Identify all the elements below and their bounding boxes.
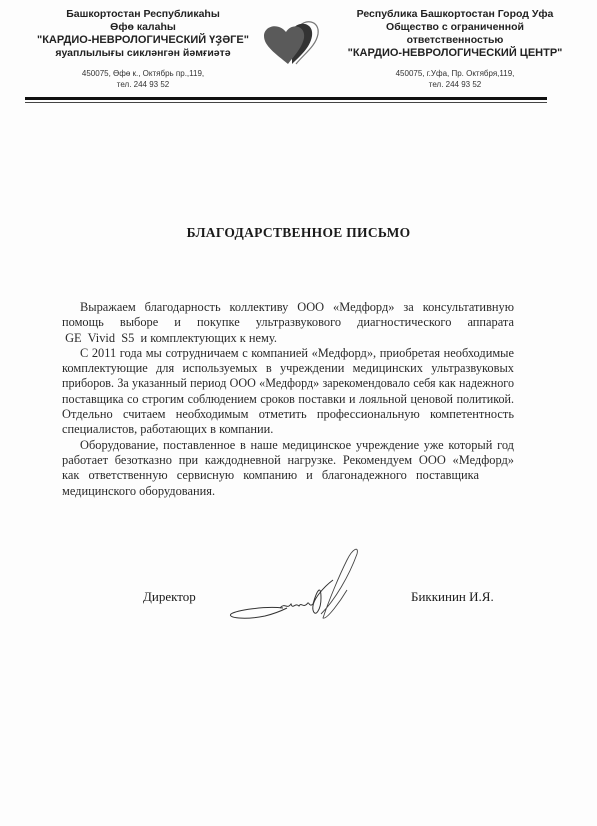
letterhead-divider-thick (25, 97, 547, 100)
letterhead-left-line: Өфө калаһы (18, 21, 268, 34)
letterhead-left: Башкортостан Республикаһы Өфө калаһы "КА… (18, 8, 268, 90)
paragraph-line: специалистов, работающих в компании. (62, 422, 514, 437)
paragraph-line: Выражаем благодарность коллективу ООО «М… (62, 300, 514, 315)
letterhead-right-phone: тел. 244 93 52 (325, 79, 585, 90)
paragraph-line: поставщика со строгим соблюдением сроков… (62, 392, 514, 407)
letterhead-right: Республика Башкортостан Город Уфа Общест… (325, 8, 585, 90)
paragraph-line: GE Vivid S5 и комплектующих к нему. (62, 331, 514, 346)
letterhead-right-line: ответственностью (325, 34, 585, 47)
paragraph-line: С 2011 года мы сотрудничаем с компанией … (62, 346, 514, 361)
paragraph-line: помощь выборе и покупке ультразвукового … (62, 315, 514, 330)
paragraph-line: Оборудование, поставленное в наше медици… (62, 438, 514, 453)
signatory-name: Биккинин И.Я. (411, 589, 494, 605)
handwritten-signature-icon (225, 540, 365, 625)
letterhead-right-line: Общество с ограниченной (325, 21, 585, 34)
document-title: БЛАГОДАРСТВЕННОЕ ПИСЬМО (0, 225, 597, 241)
letterhead-divider-thin (25, 102, 547, 103)
paragraph-line: приборов. За указанный период ООО «Медфо… (62, 376, 514, 391)
paragraph-line: работает безотказно при каждодневной наг… (62, 453, 514, 468)
letterhead-right-address: 450075, г.Уфа, Пр. Октября,119, (325, 68, 585, 79)
letterhead-left-line: Башкортостан Республикаһы (18, 8, 268, 21)
letterhead-left-org-name: "КАРДИО-НЕВРОЛОГИЧЕСКИЙ ҮҘӘГЕ" (18, 34, 268, 47)
letterhead-left-address: 450075, Өфө к., Октябрь пр.,119, (18, 68, 268, 79)
letterhead-left-phone: тел. 244 93 52 (18, 79, 268, 90)
letterhead-left-line: яуаплылығы сикләнгән йәмғиәтә (18, 47, 268, 60)
letter-body: Выражаем благодарность коллективу ООО «М… (62, 300, 514, 499)
signatory-role: Директор (143, 589, 196, 605)
hearts-logo-icon (258, 14, 328, 74)
paragraph-line: комплектующие для используемых в учрежде… (62, 361, 514, 376)
letterhead-right-org-name: "КАРДИО-НЕВРОЛОГИЧЕСКИЙ ЦЕНТР" (325, 47, 585, 60)
paragraph-line: Отдельно считаем необходимым отметить пр… (62, 407, 514, 422)
letterhead-right-line: Республика Башкортостан Город Уфа (325, 8, 585, 21)
paragraph-line: как ответственную сервисную компанию и б… (62, 468, 514, 483)
paragraph-line: медицинского оборудования. (62, 484, 514, 499)
letter-page: Башкортостан Республикаһы Өфө калаһы "КА… (0, 0, 597, 826)
